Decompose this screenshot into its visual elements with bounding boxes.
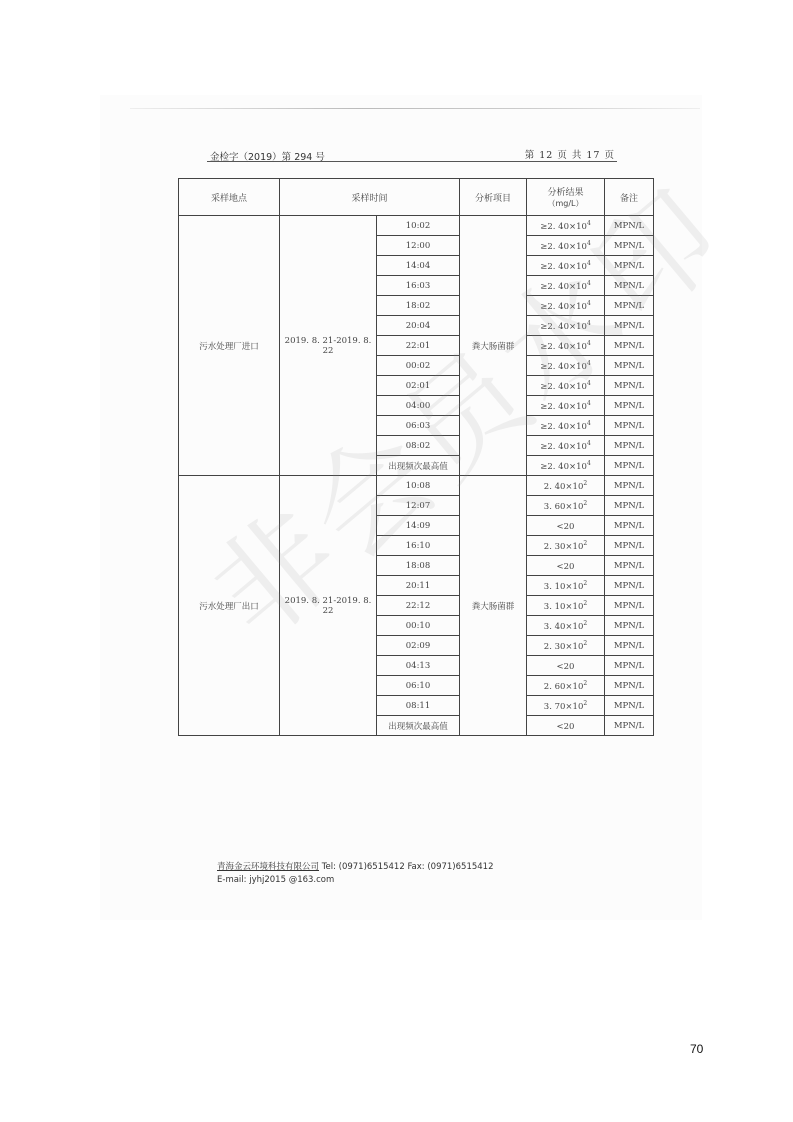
document-number: 金检字（2019）第 294 号	[210, 149, 325, 163]
cell-result: 3. 10×102	[527, 576, 605, 596]
cell-note: MPN/L	[605, 536, 654, 556]
cell-note: MPN/L	[605, 616, 654, 636]
top-rule	[130, 108, 700, 109]
result-exponent: 4	[587, 260, 591, 267]
header-result-label: 分析结果	[527, 185, 604, 198]
cell-time: 20:11	[377, 576, 460, 596]
result-value: ≥2. 40×10	[540, 281, 587, 291]
cell-result: ≥2. 40×104	[527, 316, 605, 336]
cell-time: 12:07	[377, 496, 460, 516]
cell-note: MPN/L	[605, 576, 654, 596]
cell-time: 14:09	[377, 516, 460, 536]
cell-result: <20	[527, 656, 605, 676]
cell-result: ≥2. 40×104	[527, 416, 605, 436]
footer-contact: Tel: (0971)6515412 Fax: (0971)6515412	[322, 862, 494, 872]
result-exponent: 4	[587, 220, 591, 227]
footer: 青海金云环境科技有限公司 Tel: (0971)6515412 Fax: (09…	[217, 861, 493, 887]
result-exponent: 4	[587, 360, 591, 367]
cell-time: 02:09	[377, 636, 460, 656]
results-table: 采样地点 采样时间 分析项目 分析结果 （mg/L） 备注 污水处理厂进口201…	[178, 178, 654, 736]
cell-time: 18:08	[377, 556, 460, 576]
cell-result: ≥2. 40×104	[527, 356, 605, 376]
cell-time: 00:02	[377, 356, 460, 376]
result-value: <20	[557, 561, 575, 571]
cell-note: MPN/L	[605, 476, 654, 496]
header-location: 采样地点	[179, 179, 280, 216]
cell-date-range: 2019. 8. 21-2019. 8. 22	[280, 476, 377, 736]
cell-result: ≥2. 40×104	[527, 216, 605, 236]
result-value: ≥2. 40×10	[540, 341, 587, 351]
cell-result: ≥2. 40×104	[527, 276, 605, 296]
cell-note: MPN/L	[605, 296, 654, 316]
cell-note: MPN/L	[605, 376, 654, 396]
result-value: <20	[557, 721, 575, 731]
result-value: ≥2. 40×10	[540, 441, 587, 451]
result-exponent: 4	[587, 300, 591, 307]
result-exponent: 4	[587, 440, 591, 447]
result-exponent: 4	[587, 460, 591, 467]
result-exponent: 4	[587, 380, 591, 387]
result-value: 3. 10×10	[544, 581, 584, 591]
cell-note: MPN/L	[605, 516, 654, 536]
cell-note: MPN/L	[605, 236, 654, 256]
result-value: ≥2. 40×10	[540, 361, 587, 371]
result-exponent: 2	[583, 600, 587, 607]
document-header: 金检字（2019）第 294 号 第 12 页 共 17 页	[207, 147, 617, 162]
page-number: 70	[690, 1042, 703, 1056]
cell-result: 3. 70×102	[527, 696, 605, 716]
cell-result: 2. 40×102	[527, 476, 605, 496]
result-exponent: 2	[583, 540, 587, 547]
header-note: 备注	[605, 179, 654, 216]
cell-result: <20	[527, 556, 605, 576]
result-value: 2. 60×10	[544, 681, 584, 691]
cell-result: 3. 60×102	[527, 496, 605, 516]
footer-email: E-mail: jyhj2015 @163.com	[217, 874, 493, 887]
cell-note: MPN/L	[605, 436, 654, 456]
result-value: 2. 30×10	[544, 541, 584, 551]
result-value: ≥2. 40×10	[540, 241, 587, 251]
cell-result: ≥2. 40×104	[527, 456, 605, 476]
result-exponent: 2	[583, 680, 587, 687]
result-value: <20	[557, 661, 575, 671]
result-value: ≥2. 40×10	[540, 421, 587, 431]
cell-time: 16:03	[377, 276, 460, 296]
cell-time: 出现频次最高值	[377, 456, 460, 476]
cell-time: 18:02	[377, 296, 460, 316]
cell-result: <20	[527, 516, 605, 536]
cell-time: 06:03	[377, 416, 460, 436]
result-exponent: 2	[583, 580, 587, 587]
cell-time: 出现频次最高值	[377, 716, 460, 736]
result-value: ≥2. 40×10	[540, 461, 587, 471]
cell-note: MPN/L	[605, 676, 654, 696]
cell-result: ≥2. 40×104	[527, 296, 605, 316]
cell-note: MPN/L	[605, 656, 654, 676]
cell-time: 14:04	[377, 256, 460, 276]
cell-note: MPN/L	[605, 396, 654, 416]
cell-time: 22:01	[377, 336, 460, 356]
cell-result: <20	[527, 716, 605, 736]
cell-time: 04:00	[377, 396, 460, 416]
cell-result: ≥2. 40×104	[527, 256, 605, 276]
cell-time: 00:10	[377, 616, 460, 636]
cell-note: MPN/L	[605, 276, 654, 296]
table-body: 污水处理厂进口2019. 8. 21-2019. 8. 2210:02粪大肠菌群…	[179, 216, 654, 736]
result-exponent: 4	[587, 420, 591, 427]
cell-note: MPN/L	[605, 596, 654, 616]
cell-note: MPN/L	[605, 716, 654, 736]
cell-time: 06:10	[377, 676, 460, 696]
result-exponent: 2	[583, 500, 587, 507]
table-row: 污水处理厂出口2019. 8. 21-2019. 8. 2210:08粪大肠菌群…	[179, 476, 654, 496]
cell-result: 3. 40×102	[527, 616, 605, 636]
result-value: <20	[557, 521, 575, 531]
table-header-row: 采样地点 采样时间 分析项目 分析结果 （mg/L） 备注	[179, 179, 654, 216]
result-exponent: 4	[587, 240, 591, 247]
cell-result: 2. 60×102	[527, 676, 605, 696]
cell-note: MPN/L	[605, 496, 654, 516]
cell-time: 08:11	[377, 696, 460, 716]
header-result-unit: （mg/L）	[527, 198, 604, 209]
header-item: 分析项目	[460, 179, 527, 216]
result-exponent: 2	[583, 480, 587, 487]
result-exponent: 2	[583, 700, 587, 707]
cell-note: MPN/L	[605, 356, 654, 376]
cell-note: MPN/L	[605, 696, 654, 716]
result-value: 2. 30×10	[544, 641, 584, 651]
cell-note: MPN/L	[605, 456, 654, 476]
cell-note: MPN/L	[605, 216, 654, 236]
cell-result: ≥2. 40×104	[527, 436, 605, 456]
cell-date-range: 2019. 8. 21-2019. 8. 22	[280, 216, 377, 476]
cell-item: 粪大肠菌群	[460, 476, 527, 736]
cell-note: MPN/L	[605, 336, 654, 356]
cell-result: ≥2. 40×104	[527, 336, 605, 356]
result-value: 3. 70×10	[544, 701, 584, 711]
cell-location: 污水处理厂进口	[179, 216, 280, 476]
result-exponent: 4	[587, 280, 591, 287]
result-value: ≥2. 40×10	[540, 401, 587, 411]
header-result: 分析结果 （mg/L）	[527, 179, 605, 216]
cell-result: ≥2. 40×104	[527, 396, 605, 416]
table-row: 污水处理厂进口2019. 8. 21-2019. 8. 2210:02粪大肠菌群…	[179, 216, 654, 236]
result-value: 3. 60×10	[544, 501, 584, 511]
cell-note: MPN/L	[605, 316, 654, 336]
page-info: 第 12 页 共 17 页	[525, 147, 615, 161]
cell-time: 08:02	[377, 436, 460, 456]
cell-note: MPN/L	[605, 636, 654, 656]
cell-time: 04:13	[377, 656, 460, 676]
result-value: ≥2. 40×10	[540, 261, 587, 271]
cell-result: ≥2. 40×104	[527, 236, 605, 256]
result-value: 2. 40×10	[544, 481, 584, 491]
result-exponent: 4	[587, 340, 591, 347]
result-exponent: 2	[583, 620, 587, 627]
result-exponent: 4	[587, 320, 591, 327]
cell-time: 12:00	[377, 236, 460, 256]
result-exponent: 2	[583, 640, 587, 647]
cell-time: 16:10	[377, 536, 460, 556]
cell-result: 3. 10×102	[527, 596, 605, 616]
cell-note: MPN/L	[605, 256, 654, 276]
cell-result: ≥2. 40×104	[527, 376, 605, 396]
cell-note: MPN/L	[605, 556, 654, 576]
cell-time: 22:12	[377, 596, 460, 616]
result-value: ≥2. 40×10	[540, 301, 587, 311]
result-value: ≥2. 40×10	[540, 381, 587, 391]
result-value: ≥2. 40×10	[540, 221, 587, 231]
cell-location: 污水处理厂出口	[179, 476, 280, 736]
cell-item: 粪大肠菌群	[460, 216, 527, 476]
cell-result: 2. 30×102	[527, 636, 605, 656]
cell-result: 2. 30×102	[527, 536, 605, 556]
cell-time: 02:01	[377, 376, 460, 396]
header-time: 采样时间	[280, 179, 460, 216]
result-value: ≥2. 40×10	[540, 321, 587, 331]
cell-note: MPN/L	[605, 416, 654, 436]
cell-time: 10:02	[377, 216, 460, 236]
result-value: 3. 40×10	[544, 621, 584, 631]
cell-time: 10:08	[377, 476, 460, 496]
footer-company: 青海金云环境科技有限公司	[217, 862, 319, 872]
cell-time: 20:04	[377, 316, 460, 336]
result-exponent: 4	[587, 400, 591, 407]
result-value: 3. 10×10	[544, 601, 584, 611]
